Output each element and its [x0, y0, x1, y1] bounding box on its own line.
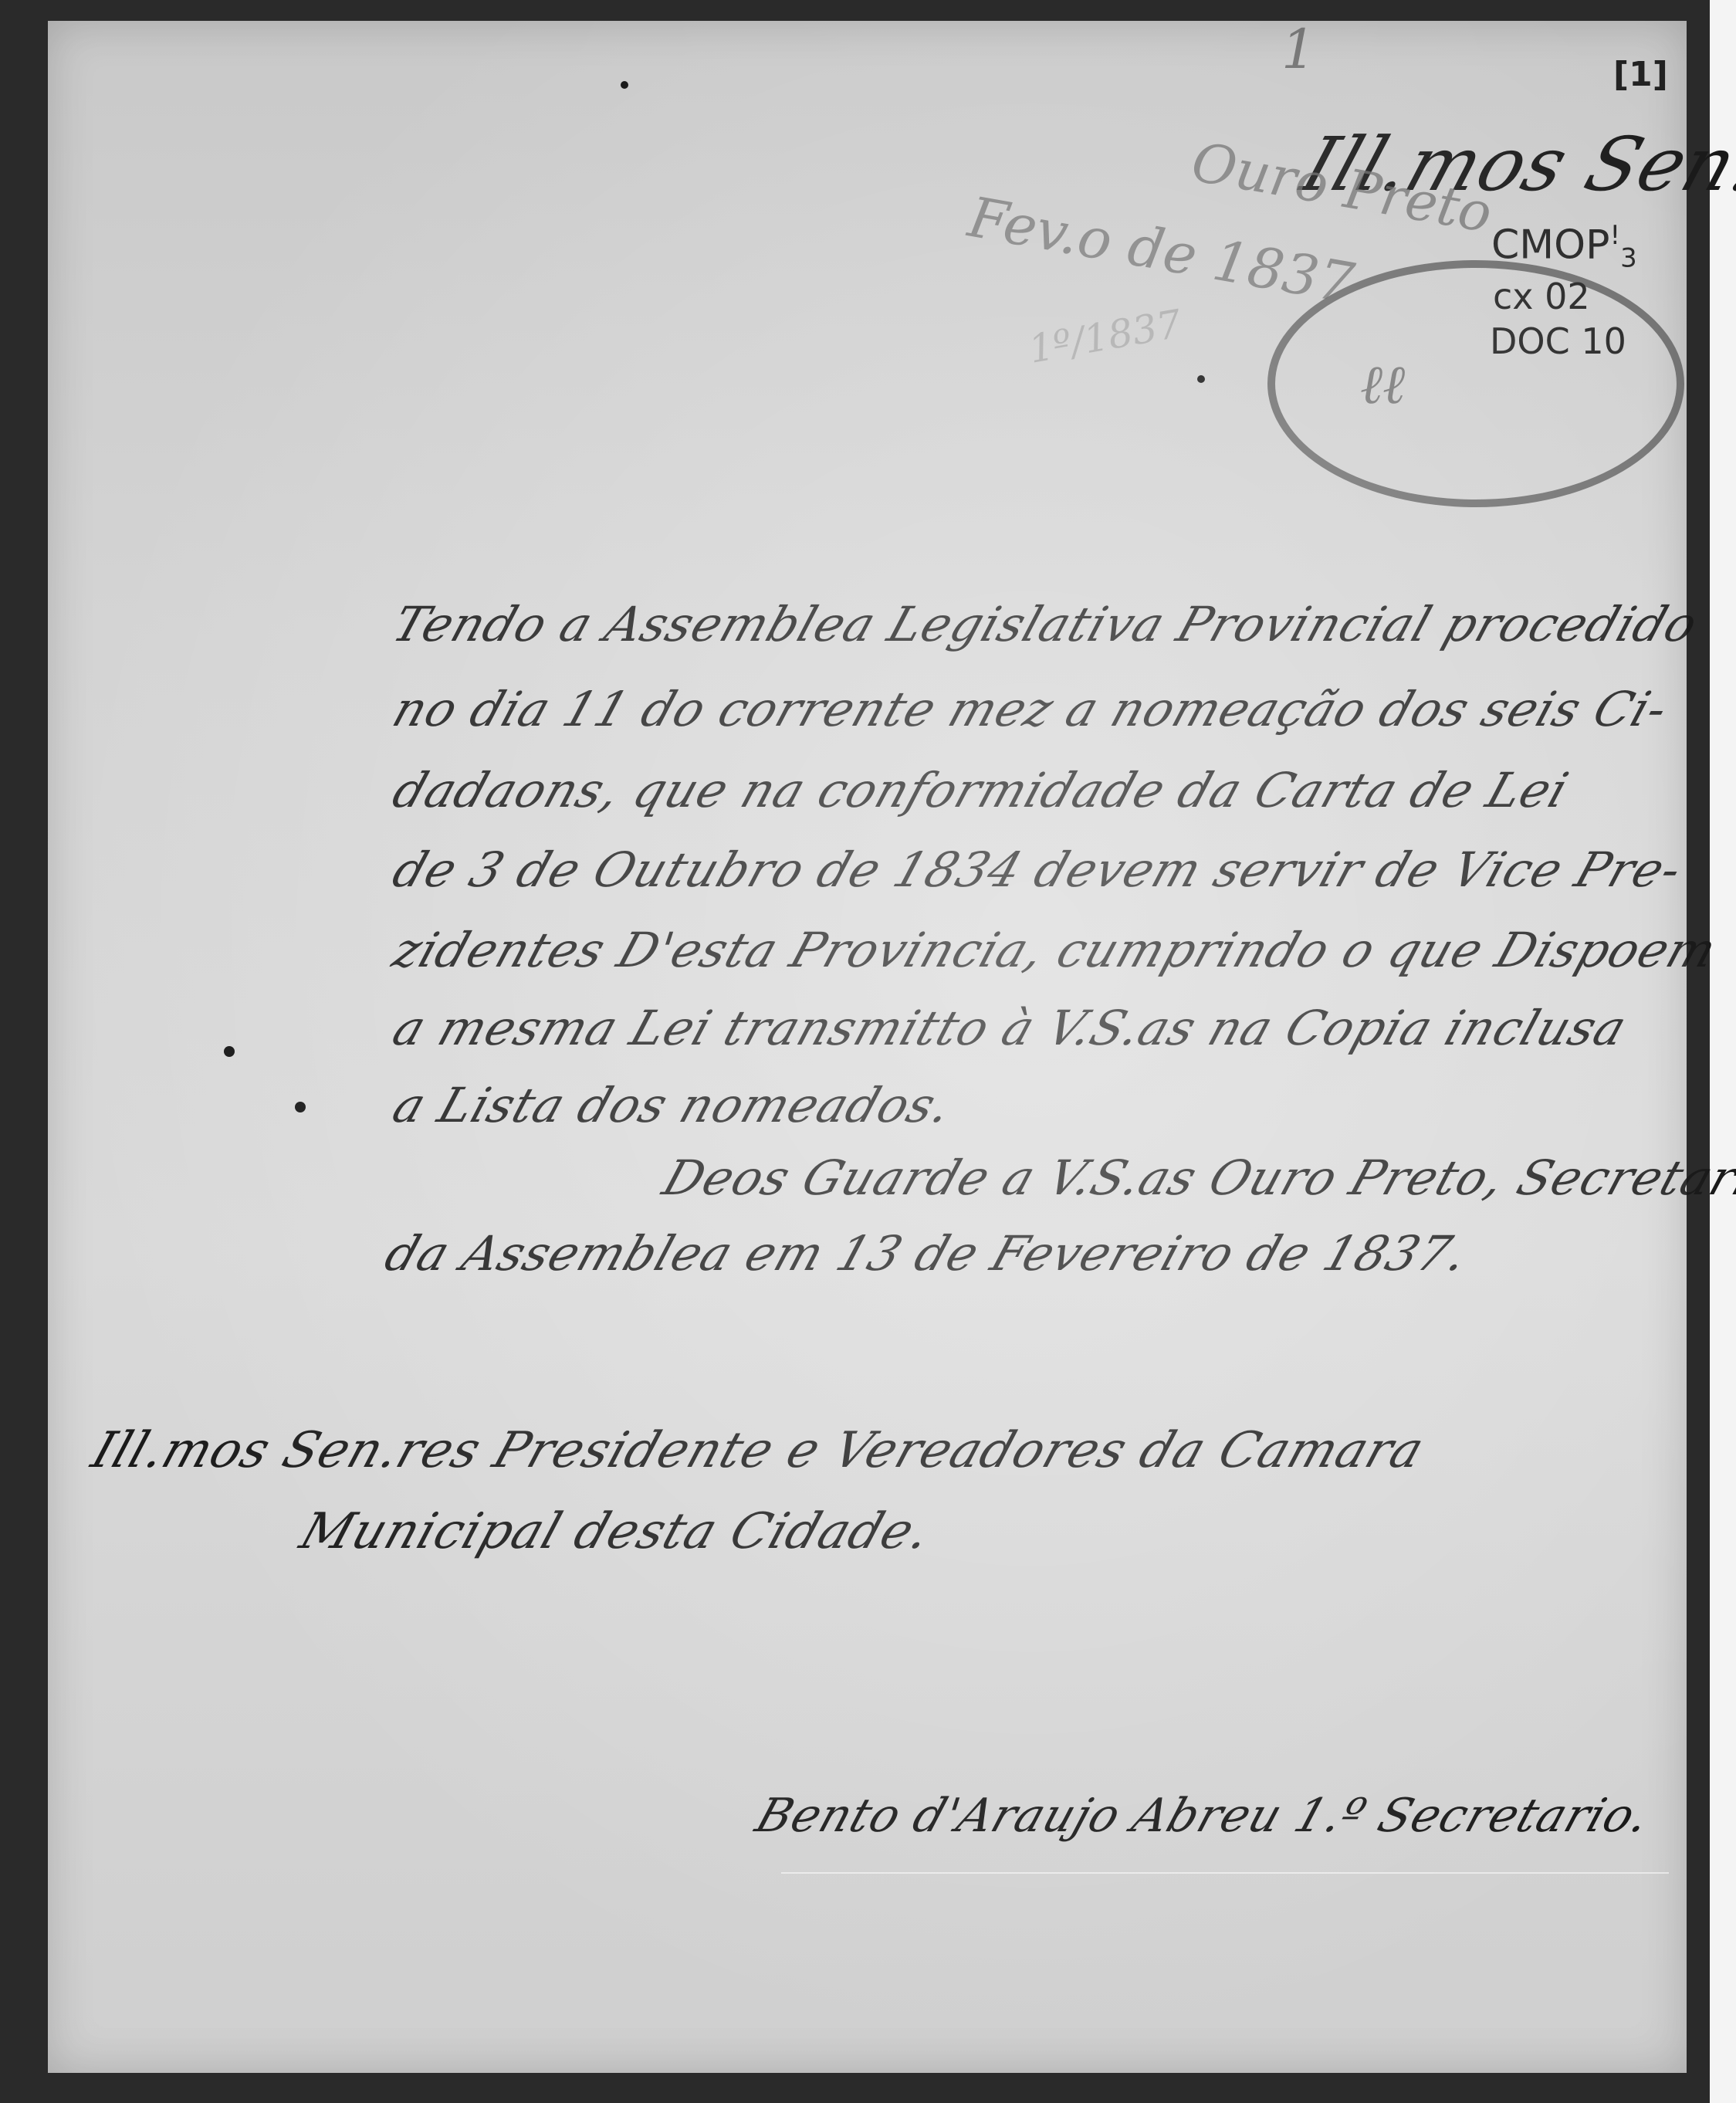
ink-speck	[295, 1102, 306, 1112]
signature: Bento d'Araujo Abreu 1.º Secretario.	[750, 1789, 1657, 1843]
body-line: Tendo a Assemblea Legislativa Provincial…	[386, 596, 1705, 652]
archive-label-box: cx 02	[1493, 276, 1590, 317]
pencil-page-number: 1	[1281, 18, 1316, 81]
scanner-edge-strip	[1710, 0, 1736, 2103]
archive-label-collection: CMOP!3	[1491, 220, 1637, 274]
body-line: a Lista dos nomeados.	[386, 1077, 959, 1133]
ink-speck	[224, 1046, 235, 1057]
seal-stamp-signature: ℓℓ	[1360, 353, 1405, 417]
body-line: a mesma Lei transmitto à V.S.as na Copia…	[386, 1000, 1634, 1056]
body-line: de 3 de Outubro de 1834 devem servir de …	[386, 842, 1689, 898]
ink-speck	[621, 81, 628, 89]
body-line: dadaons, que na conformidade da Carta de…	[386, 762, 1575, 818]
archive-label-doc: DOC 10	[1490, 320, 1626, 362]
body-line: zidentes D'esta Provincia, cumprindo o q…	[386, 922, 1724, 978]
seal-stamp	[1267, 260, 1684, 507]
body-line: no dia 11 do corrente mez a nomeação dos…	[386, 681, 1675, 737]
addressee-line: Ill.mos Sen.res Presidente e Vereadores …	[85, 1422, 1431, 1479]
addressee-line: Municipal desta Cidade.	[293, 1503, 938, 1560]
closing-line: Deos Guarde a V.S.as Ouro Preto, Secreta…	[656, 1150, 1736, 1206]
ink-speck	[1197, 375, 1205, 383]
manuscript-page: [1] 1 Ill.mos Sen.res Ouro Preto Fev.o d…	[48, 21, 1687, 2073]
page-marker: [1]	[1613, 55, 1668, 94]
faded-annotation-line3: 1º/1837	[1025, 301, 1184, 372]
closing-line: da Assemblea em 13 de Fevereiro de 1837.	[378, 1225, 1475, 1282]
paper-fold-line	[781, 1872, 1669, 1874]
